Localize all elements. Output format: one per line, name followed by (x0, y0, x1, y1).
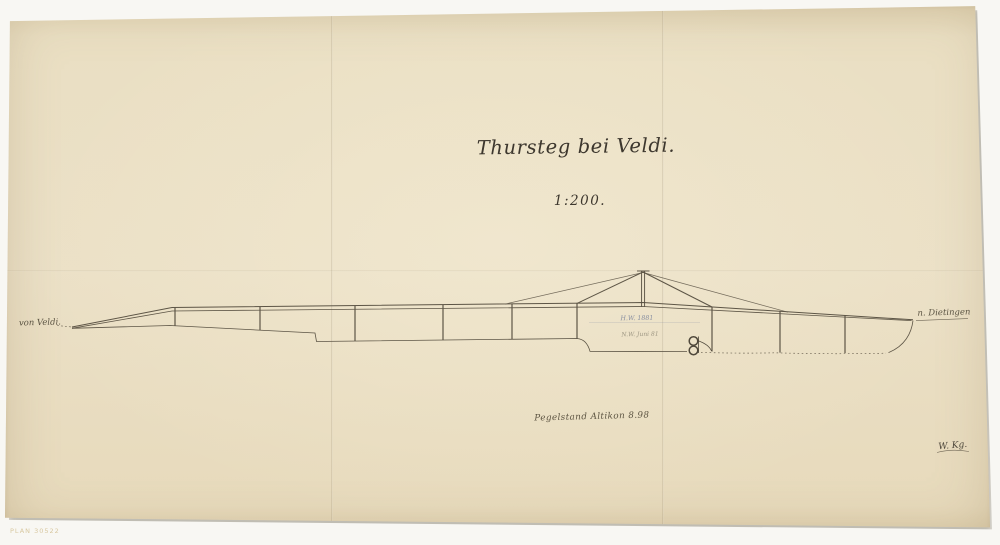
lowwater-annotation: N.W. Juni 81 (620, 331, 658, 339)
bridge-drawing: Thursteg bei Veldi. 1:200. von Veldi. n.… (0, 0, 1000, 545)
right-abutment-curve (889, 321, 914, 353)
highwater-annotation: H.W. 1881 (619, 315, 653, 323)
right-bank-ground-line (916, 319, 968, 321)
deck-rail-line (72, 303, 913, 328)
ground-profile-left (72, 326, 687, 352)
stay-rods (505, 272, 788, 312)
gauge-rollers (689, 337, 711, 355)
right-bank-label: n. Dietingen (917, 307, 970, 318)
scanned-plan: Thursteg bei Veldi. 1:200. von Veldi. n.… (0, 0, 1000, 545)
drawing-title: Thursteg bei Veldi. (477, 134, 676, 160)
gauge-note: Pegelstand Altikon 8.98 (533, 410, 649, 423)
left-bank-label: von Veldi. (19, 317, 61, 328)
kingpost (637, 271, 650, 307)
archive-stamp: PLAN 30522 (10, 527, 60, 535)
riverbed-dashed-line (701, 352, 886, 353)
piers (175, 303, 845, 353)
scale-label: 1:200. (554, 193, 606, 209)
deck-underside-line (72, 307, 912, 329)
